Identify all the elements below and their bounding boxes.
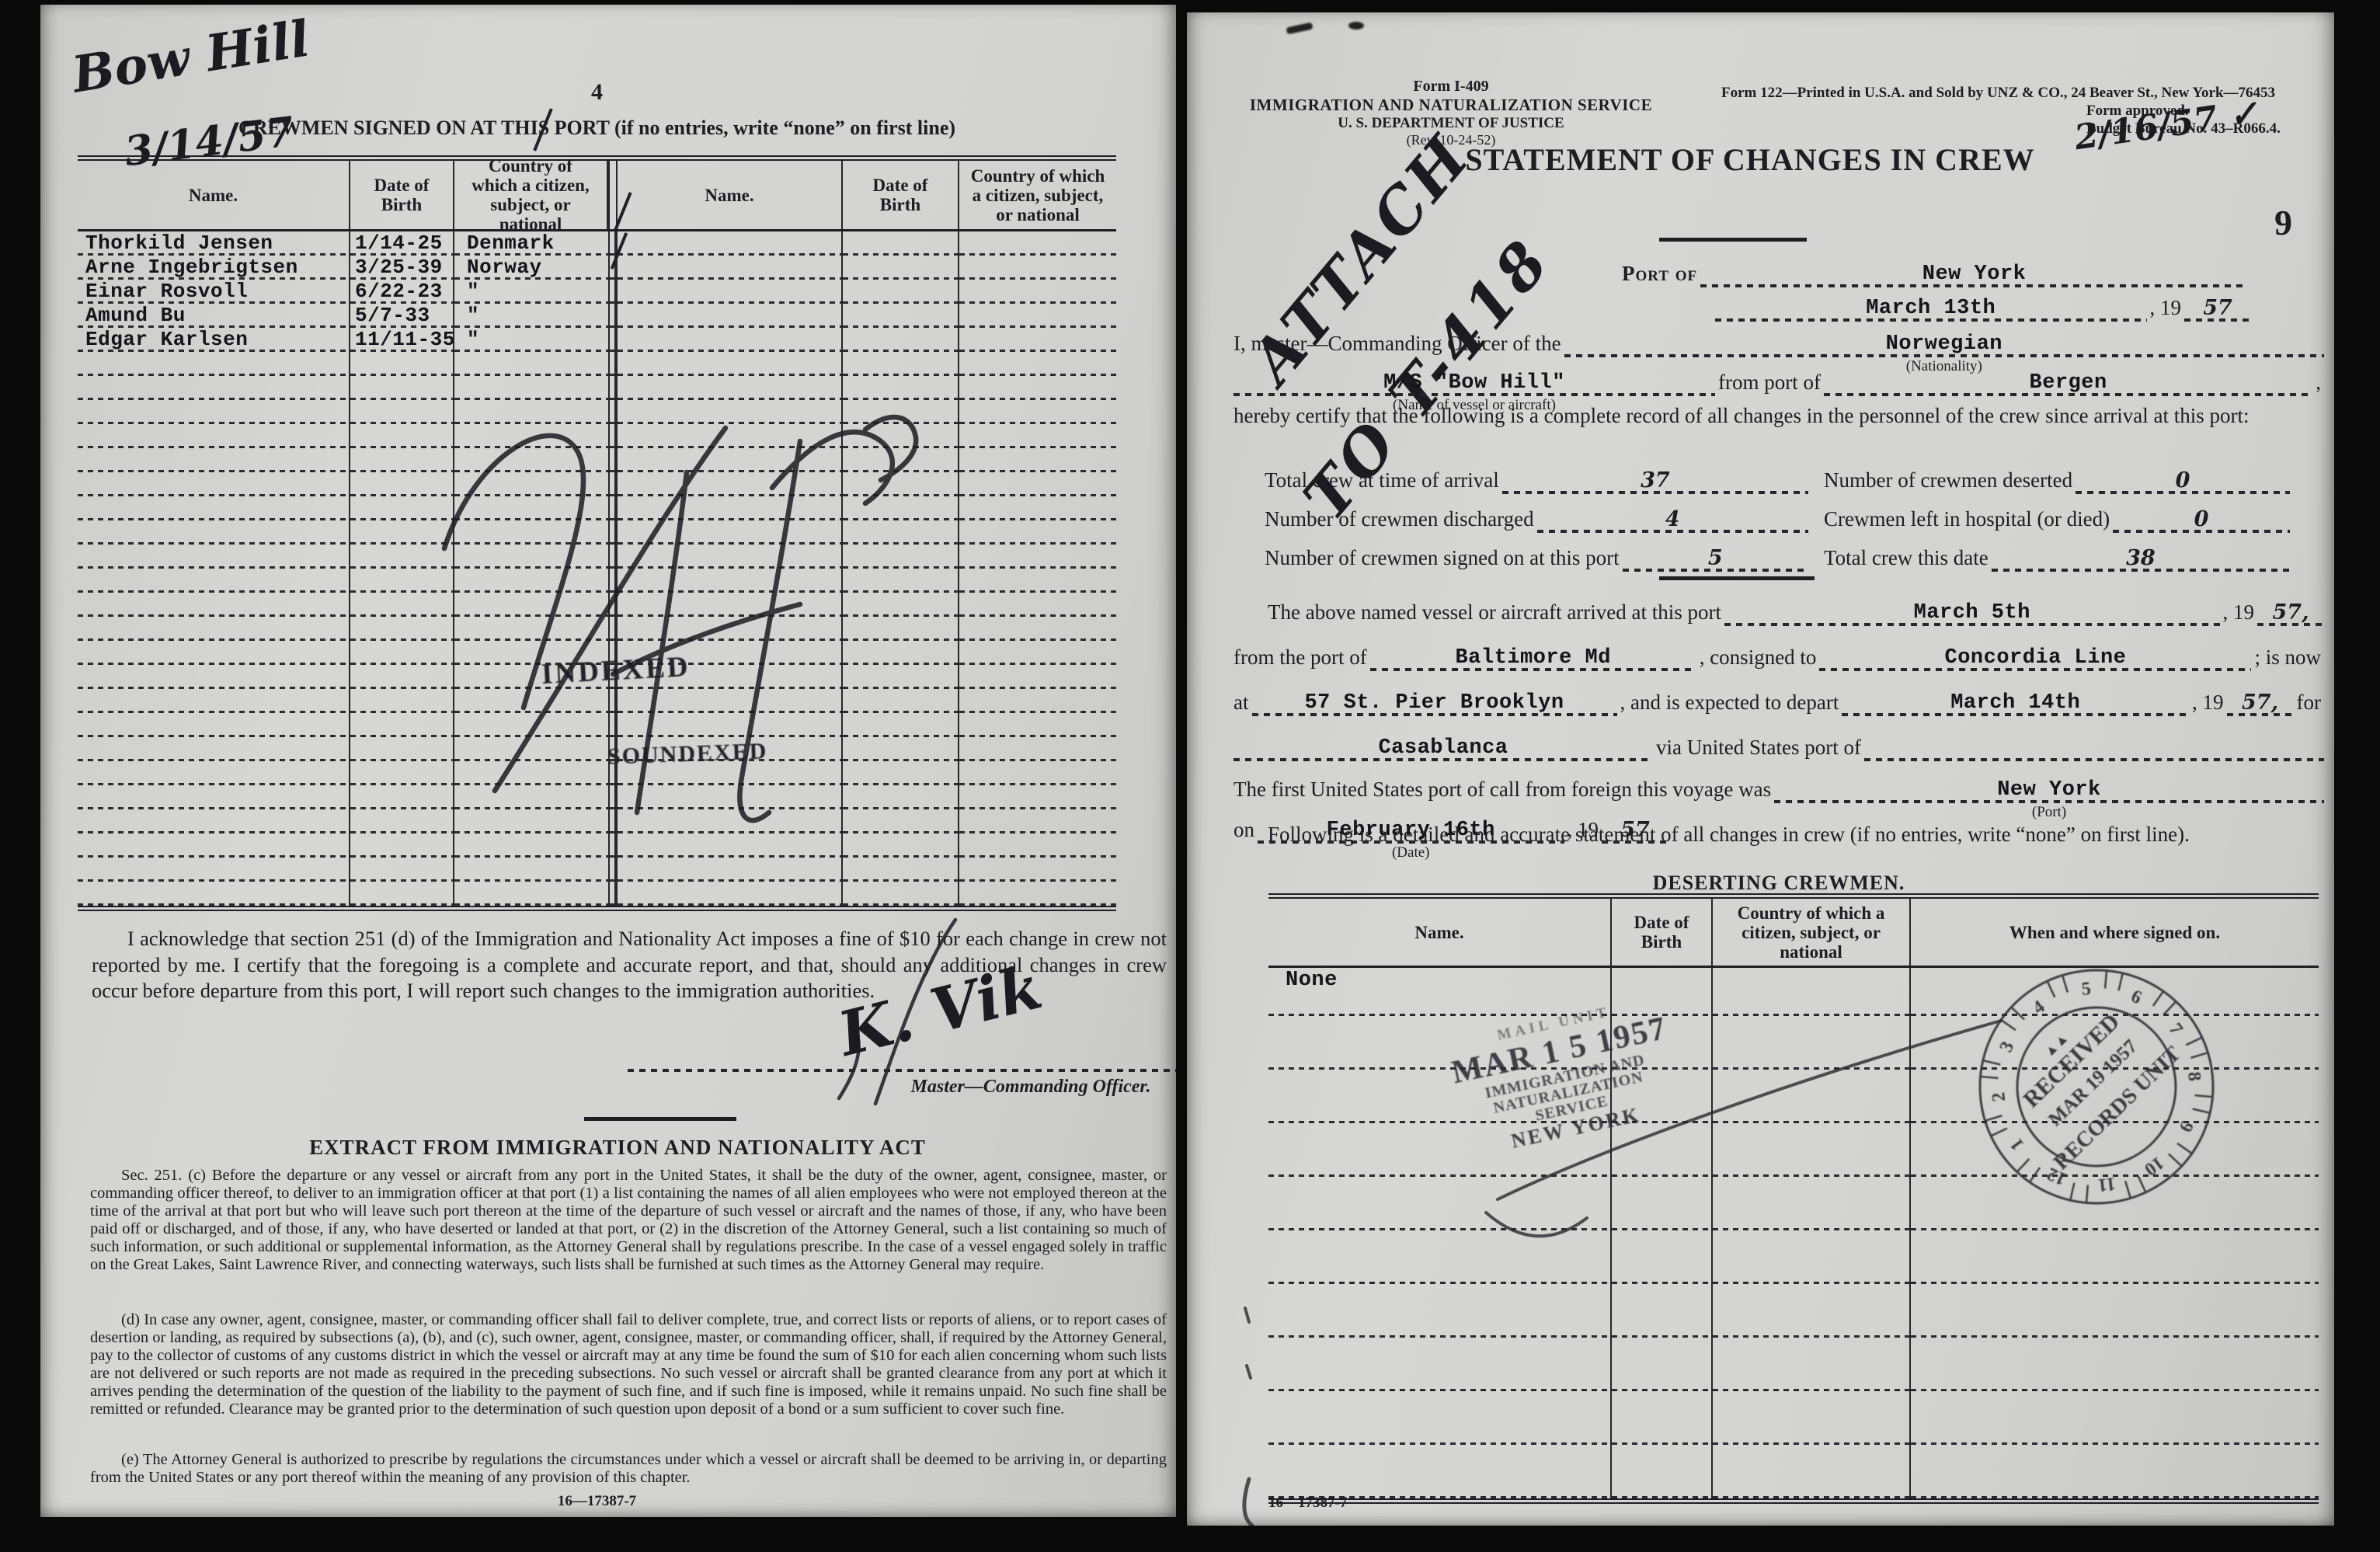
table-cell — [453, 400, 608, 424]
table-cell — [349, 520, 453, 545]
table-cell — [78, 352, 349, 376]
table-cell — [841, 424, 958, 448]
table-cell — [841, 448, 958, 472]
table-cell — [1711, 1391, 1909, 1445]
table-cell — [78, 569, 349, 593]
table-cell — [1610, 1391, 1711, 1445]
table-cell — [1268, 1445, 1610, 1498]
table-cell — [453, 569, 608, 593]
header-dob-2: Date of Birth — [841, 161, 958, 229]
destination-field: Casablanca — [1233, 729, 1653, 761]
table-cell — [608, 280, 616, 304]
is-now-label: ; is now — [2251, 646, 2324, 671]
table-cell: Arne Ingebrigtsen — [78, 256, 349, 280]
table-row — [78, 376, 1116, 400]
first-port-label: The first United States port of call fro… — [1233, 778, 1774, 803]
table-cell — [616, 545, 841, 569]
table-cell — [453, 352, 608, 376]
table-cell — [1711, 1070, 1909, 1123]
table-cell — [841, 304, 958, 328]
table-row — [78, 833, 1116, 858]
table-cell — [78, 400, 349, 424]
received-stamp: 123456789101112 RECEIVED MAR 19 1957 REC… — [1956, 946, 2238, 1228]
table-cell — [608, 858, 616, 882]
table-cell — [1610, 1230, 1711, 1284]
port-caption: (Port) — [1774, 804, 2324, 821]
table-cell — [453, 593, 608, 617]
page-number: 9 — [2274, 202, 2292, 243]
table-cell — [78, 809, 349, 833]
table-row — [78, 713, 1116, 737]
via-port-field — [1864, 729, 2324, 761]
stat-label: Number of crewmen signed on at this port — [1265, 546, 1623, 572]
table-cell — [349, 424, 453, 448]
stat-label: Number of crewmen discharged — [1265, 507, 1537, 533]
table-cell — [616, 785, 841, 809]
table-cell — [616, 809, 841, 833]
statement-date-field: March 13th — [1715, 291, 2147, 322]
table-cell — [608, 689, 616, 713]
table-cell — [841, 256, 958, 280]
table-cell — [78, 761, 349, 785]
table-cell — [349, 593, 453, 617]
from-port-field: Bergen — [1824, 364, 2312, 396]
table-cell — [608, 520, 616, 545]
table-cell — [349, 737, 453, 761]
table-cell — [616, 569, 841, 593]
for-label: for — [2294, 691, 2324, 716]
table-cell — [78, 858, 349, 882]
table-cell — [453, 424, 608, 448]
table-cell — [349, 689, 453, 713]
table-cell — [616, 448, 841, 472]
table-cell — [608, 424, 616, 448]
table-cell — [841, 472, 958, 496]
certify-paragraph: hereby certify that the following is a c… — [1233, 404, 2324, 428]
table-cell — [1711, 968, 1909, 1016]
table-row — [1268, 1391, 2319, 1445]
table-cell — [349, 665, 453, 689]
table-cell — [841, 617, 958, 641]
table-cell — [958, 472, 1116, 496]
table-cell — [78, 520, 349, 545]
table-row — [1268, 1338, 2319, 1391]
table-cell — [841, 737, 958, 761]
table-cell — [1268, 1230, 1610, 1284]
arrived-row: The above named vessel or aircraft arriv… — [1233, 593, 2324, 626]
stat-field: 0 — [2113, 499, 2290, 533]
table-cell — [608, 448, 616, 472]
table-cell — [349, 882, 453, 906]
table-cell — [453, 496, 608, 520]
table-cell — [616, 689, 841, 713]
table-cell — [349, 400, 453, 424]
table-cell — [958, 569, 1116, 593]
table-cell — [1909, 1391, 2319, 1445]
stat-field: 38 — [1992, 538, 2290, 572]
table-row — [78, 448, 1116, 472]
consigned-field: Concordia Line — [1819, 639, 2251, 671]
extract-paragraph-e: (e) The Attorney General is authorized t… — [90, 1451, 1167, 1487]
table-cell — [453, 448, 608, 472]
depart-year-field: 57, — [2227, 684, 2294, 716]
table-row — [78, 400, 1116, 424]
table-cell — [616, 833, 841, 858]
table-row — [78, 569, 1116, 593]
table-cell — [1268, 1338, 1610, 1391]
table-cell — [1268, 1391, 1610, 1445]
table-cell — [608, 328, 616, 352]
table-row — [78, 785, 1116, 809]
table-cell — [349, 641, 453, 665]
table-cell — [1711, 1230, 1909, 1284]
master-row: I, master—Commanding Officer of the Norw… — [1233, 325, 2324, 357]
table-cell — [958, 352, 1116, 376]
table-cell — [616, 400, 841, 424]
stat-row: Crewmen left in hospital (or died) 0 — [1824, 499, 2290, 533]
table-cell — [616, 352, 841, 376]
table-cell — [608, 833, 616, 858]
table-cell — [841, 545, 958, 569]
table-cell — [1711, 1123, 1909, 1177]
table-row — [78, 689, 1116, 713]
document-title: STATEMENT OF CHANGES IN CREW — [1412, 141, 2088, 178]
table-cell: 6/22-23 — [349, 280, 453, 304]
table-row: Einar Rosvoll6/22-23" — [78, 280, 1116, 304]
table-cell — [958, 376, 1116, 400]
table-cell — [616, 882, 841, 906]
table-row — [78, 472, 1116, 496]
table-cell — [1610, 1177, 1711, 1230]
table-row — [78, 496, 1116, 520]
table-row: Thorkild Jensen1/14-25Denmark — [78, 231, 1116, 256]
table-cell — [608, 569, 616, 593]
left-page: Bow Hill 3/14/57 4 CREWMEN SIGNED ON AT … — [40, 5, 1176, 1517]
table-cell — [349, 617, 453, 641]
table-cell — [349, 472, 453, 496]
pier-field: 57 St. Pier Brooklyn — [1252, 684, 1617, 716]
stat-field: 4 — [1537, 499, 1808, 533]
first-port-field: New York (Port) — [1774, 771, 2324, 803]
ink-smudge — [1348, 22, 1364, 30]
form-id: Form I-409 — [1241, 78, 1661, 96]
table-cell — [841, 593, 958, 617]
table-cell — [349, 833, 453, 858]
table-cell — [1610, 1445, 1711, 1498]
table-cell — [78, 641, 349, 665]
table-row: Edgar Karlsen11/11-35" — [78, 328, 1116, 352]
table-cell — [349, 352, 453, 376]
table-row — [78, 737, 1116, 761]
table-cell — [608, 785, 616, 809]
table-cell: Thorkild Jensen — [78, 231, 349, 256]
table-cell — [349, 785, 453, 809]
table-cell — [958, 424, 1116, 448]
arrived-label: The above named vessel or aircraft arriv… — [1233, 600, 1724, 626]
table-cell — [958, 496, 1116, 520]
table-cell — [1909, 1230, 2319, 1284]
table-cell — [608, 472, 616, 496]
table-cell — [608, 400, 616, 424]
table-cell — [958, 256, 1116, 280]
table-cell — [841, 400, 958, 424]
signed-on-table-title: CREWMEN SIGNED ON AT THIS PORT (if no en… — [78, 117, 1116, 140]
table-cell — [1268, 1284, 1610, 1338]
page-number: 4 — [78, 79, 1116, 106]
signed-on-table-header: Name. Date of Birth Country of which a c… — [78, 161, 1116, 231]
table-cell — [958, 882, 1116, 906]
year-prefix: , 19 — [2189, 691, 2227, 716]
table-cell: Denmark — [453, 231, 608, 256]
table-cell — [616, 256, 841, 280]
table-cell — [958, 833, 1116, 858]
signed-on-table-body: Thorkild Jensen1/14-25DenmarkArne Ingebr… — [78, 231, 1116, 906]
depart-label: , and is expected to depart — [1617, 691, 1842, 716]
table-cell — [841, 785, 958, 809]
header-name-2: Name. — [616, 161, 841, 229]
table-cell — [1909, 1338, 2319, 1391]
table-cell — [453, 858, 608, 882]
port-of-label: Port of — [1622, 262, 1700, 287]
svg-text:5: 5 — [2081, 979, 2093, 1000]
table-cell — [78, 593, 349, 617]
table-cell: 3/25-39 — [349, 256, 453, 280]
table-cell: None — [1268, 968, 1610, 1016]
table-cell — [958, 231, 1116, 256]
table-cell — [616, 304, 841, 328]
stat-field: 5 — [1623, 538, 1808, 572]
table-cell — [78, 424, 349, 448]
table-row — [78, 761, 1116, 785]
table-cell: 11/11-35 — [349, 328, 453, 352]
header-country: Country of which a citizen, subject, or … — [1711, 899, 1909, 966]
extract-title: EXTRACT FROM IMMIGRATION AND NATIONALITY… — [78, 1136, 1157, 1160]
header-name: Name. — [1268, 899, 1610, 966]
soundexed-stamp: SOUNDEXED — [607, 738, 767, 770]
via-label: via United States port of — [1653, 736, 1864, 761]
table-cell — [349, 713, 453, 737]
table-cell — [616, 231, 841, 256]
table-cell — [841, 761, 958, 785]
table-row — [78, 352, 1116, 376]
stat-row: Number of crewmen discharged 4 — [1265, 499, 1808, 533]
table-cell: Edgar Karlsen — [78, 328, 349, 352]
vessel-field: M/S "Bow Hill" (Name of vessel or aircra… — [1233, 364, 1715, 396]
table-cell — [958, 665, 1116, 689]
table-cell — [78, 496, 349, 520]
table-cell — [608, 376, 616, 400]
table-cell — [78, 882, 349, 906]
agency-name: IMMIGRATION AND NATURALIZATION SERVICE — [1241, 96, 1661, 115]
table-cell — [78, 617, 349, 641]
table-cell — [1711, 1445, 1909, 1498]
comma: , — [2312, 371, 2324, 396]
table-cell — [608, 545, 616, 569]
table-row — [78, 617, 1116, 641]
table-cell — [349, 545, 453, 569]
table-cell — [78, 545, 349, 569]
statement-year-field: 57 — [2184, 291, 2251, 322]
consigned-label: , consigned to — [1696, 646, 1820, 671]
table-cell — [453, 376, 608, 400]
svg-text:9: 9 — [2175, 1118, 2197, 1135]
from-port-row: from the port of Baltimore Md , consigne… — [1233, 639, 2324, 671]
table-row — [1268, 1445, 2319, 1498]
table-cell — [616, 496, 841, 520]
first-port-row: The first United States port of call fro… — [1233, 771, 2324, 803]
table-cell — [616, 472, 841, 496]
statement-date-row: March 13th , 19 57 — [1715, 291, 2251, 322]
table-cell — [349, 376, 453, 400]
table-cell — [1268, 1177, 1610, 1230]
stat-field: 37 — [1502, 460, 1808, 494]
table-cell — [958, 448, 1116, 472]
table-cell — [453, 472, 608, 496]
header-country-2: Country of which a citizen, subject, or … — [958, 161, 1116, 229]
table-cell — [958, 641, 1116, 665]
table-cell — [958, 545, 1116, 569]
table-cell — [453, 617, 608, 641]
table-cell — [453, 833, 608, 858]
table-cell — [841, 809, 958, 833]
table-cell — [616, 617, 841, 641]
table-row: Amund Bu5/7-33" — [78, 304, 1116, 328]
table-row — [78, 809, 1116, 833]
table-cell: " — [453, 280, 608, 304]
svg-text:3: 3 — [1996, 1039, 2019, 1056]
extract-paragraph-d: (d) In case any owner, agent, consignee,… — [90, 1311, 1167, 1418]
table-cell — [453, 545, 608, 569]
table-cell — [1610, 1284, 1711, 1338]
table-cell — [616, 713, 841, 737]
svg-text:8: 8 — [2183, 1071, 2204, 1083]
table-cell — [1610, 1338, 1711, 1391]
table-cell — [958, 617, 1116, 641]
table-cell — [453, 737, 608, 761]
table-cell — [608, 809, 616, 833]
from-the-port-field: Baltimore Md — [1370, 639, 1696, 671]
table-row — [78, 593, 1116, 617]
stat-row: Total crew this date 38 — [1824, 538, 2290, 572]
table-cell — [453, 520, 608, 545]
table-cell — [958, 761, 1116, 785]
table-cell — [616, 593, 841, 617]
arrived-field: March 5th — [1724, 593, 2219, 626]
table-cell — [841, 713, 958, 737]
table-cell — [841, 882, 958, 906]
master-label: I, master—Commanding Officer of the — [1233, 332, 1564, 357]
table-cell — [78, 689, 349, 713]
table-cell — [1711, 1016, 1909, 1070]
table-cell — [841, 641, 958, 665]
from-port-label: from port of — [1715, 371, 1824, 396]
table-cell — [608, 352, 616, 376]
at-label: at — [1233, 691, 1252, 716]
table-cell — [349, 448, 453, 472]
table-cell — [78, 737, 349, 761]
table-cell: " — [453, 328, 608, 352]
port-of-field: New York — [1700, 256, 2248, 287]
scanned-document: Bow Hill 3/14/57 4 CREWMEN SIGNED ON AT … — [0, 0, 2380, 1552]
stat-label: Total crew at time of arrival — [1265, 468, 1502, 494]
table-cell — [841, 833, 958, 858]
table-cell: " — [453, 304, 608, 328]
table-cell — [616, 858, 841, 882]
table-cell — [349, 809, 453, 833]
table-cell: Einar Rosvoll — [78, 280, 349, 304]
table-cell — [453, 785, 608, 809]
divider — [1659, 238, 1807, 242]
table-cell — [1711, 1177, 1909, 1230]
table-cell — [616, 376, 841, 400]
table-cell — [1909, 1284, 2319, 1338]
table-row — [78, 545, 1116, 569]
stat-row: Total crew at time of arrival 37 — [1265, 460, 1808, 494]
table-cell — [841, 376, 958, 400]
table-cell — [608, 304, 616, 328]
svg-text:1: 1 — [2006, 1135, 2028, 1154]
table-cell — [841, 231, 958, 256]
table-row — [1268, 1230, 2319, 1284]
vessel-row: M/S "Bow Hill" (Name of vessel or aircra… — [1233, 364, 2324, 396]
form-number: 16—17387-7 — [1268, 1495, 1347, 1512]
table-cell — [958, 713, 1116, 737]
table-cell — [958, 809, 1116, 833]
table-cell — [78, 376, 349, 400]
table-cell — [78, 833, 349, 858]
table-cell — [616, 424, 841, 448]
port-of-row: Port of New York — [1622, 256, 2248, 287]
stat-row: Number of crewmen deserted 0 — [1824, 460, 2290, 494]
table-cell: 1/14-25 — [349, 231, 453, 256]
table-row: Arne Ingebrigtsen3/25-39Norway — [78, 256, 1116, 280]
svg-text:4: 4 — [2029, 997, 2048, 1018]
table-cell: 5/7-33 — [349, 304, 453, 328]
table-cell — [608, 617, 616, 641]
stat-field: 0 — [2076, 460, 2290, 494]
stat-label: Total crew this date — [1824, 546, 1992, 572]
stat-label: Crewmen left in hospital (or died) — [1824, 507, 2113, 533]
table-row — [1268, 1284, 2319, 1338]
table-cell — [841, 520, 958, 545]
table-cell — [349, 496, 453, 520]
table-cell — [1711, 1338, 1909, 1391]
depart-field: March 14th — [1842, 684, 2189, 716]
table-cell — [958, 304, 1116, 328]
table-cell — [958, 400, 1116, 424]
table-cell — [608, 231, 616, 256]
header-name: Name. — [78, 161, 349, 229]
nationality-field: Norwegian (Nationality) — [1564, 325, 2324, 357]
department-name: U. S. DEPARTMENT OF JUSTICE — [1241, 115, 1661, 132]
stat-label: Number of crewmen deserted — [1824, 468, 2076, 494]
table-cell: Amund Bu — [78, 304, 349, 328]
table-cell — [1909, 1445, 2319, 1498]
table-cell — [1610, 1123, 1711, 1177]
date-caption: (Date) — [1258, 844, 1564, 861]
svg-text:7: 7 — [2165, 1019, 2187, 1039]
table-cell — [841, 858, 958, 882]
year-prefix: , 19 — [2220, 600, 2258, 626]
svg-text:6: 6 — [2128, 987, 2145, 1009]
table-cell — [608, 593, 616, 617]
table-cell — [453, 713, 608, 737]
table-cell — [453, 882, 608, 906]
table-cell — [78, 785, 349, 809]
table-row — [78, 424, 1116, 448]
header-dob: Date of Birth — [1610, 899, 1711, 966]
table-cell — [78, 665, 349, 689]
